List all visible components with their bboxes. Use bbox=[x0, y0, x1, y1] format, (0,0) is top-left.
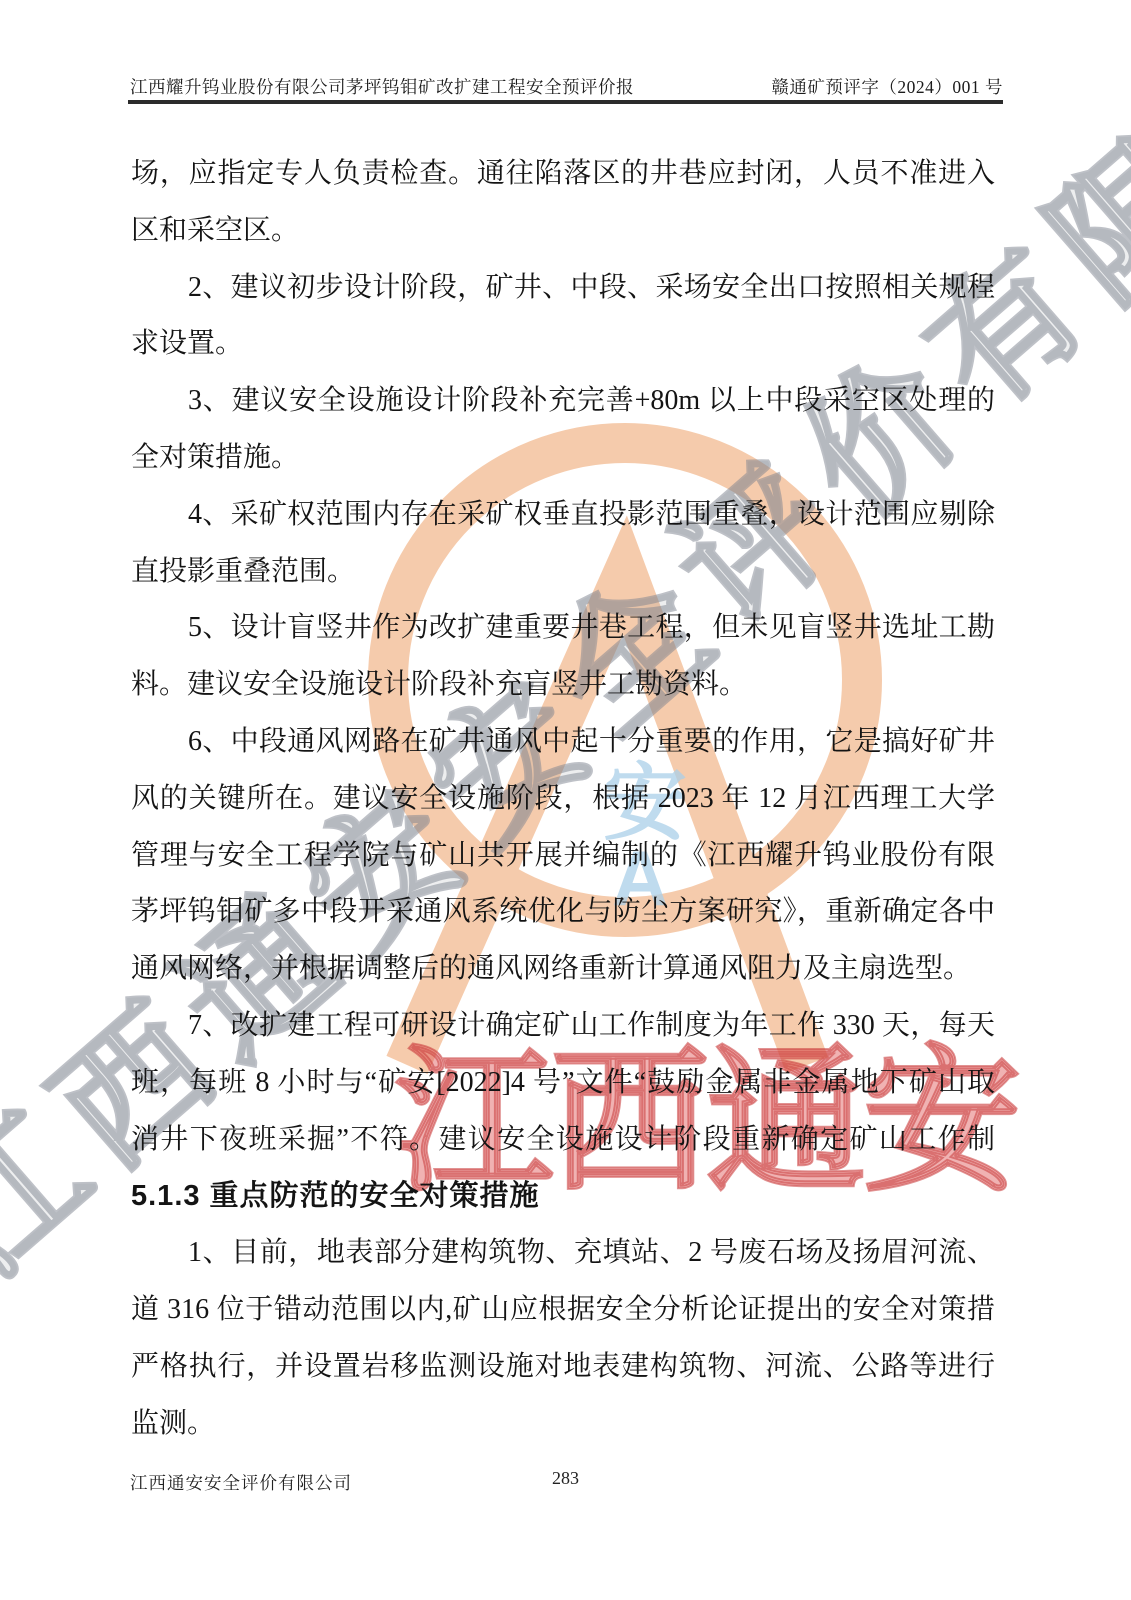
body-text-line: 茅坪钨钼矿多中段开采通风系统优化与防尘方案研究》，重新确定各中段 bbox=[131, 884, 995, 941]
body-text-line: 班，每班 8 小时与“矿安[2022]4 号”文件“鼓励金属非金属地下矿山取 bbox=[131, 1055, 995, 1112]
section-heading: 5.1.3 重点防范的安全对策措施 bbox=[131, 1168, 995, 1225]
body-text-line: 管理与安全工程学院与矿山共开展并编制的《江西耀升钨业股份有限公司 bbox=[131, 828, 995, 885]
body-text-line: 道 316 位于错动范围以内,矿山应根据安全分析论证提出的安全对策措施 bbox=[131, 1282, 995, 1339]
body-text-line: 区和采空区。 bbox=[131, 203, 995, 260]
body-text-line: 监测。 bbox=[131, 1396, 995, 1453]
body-text-line: 1、目前，地表部分建构筑物、充填站、2 号废石场及扬眉河流、省 bbox=[131, 1225, 995, 1282]
body-text-line: 场，应指定专人负责检查。通往陷落区的井巷应封闭，人员不准进入陷落 bbox=[131, 146, 995, 203]
body-text-line: 直投影重叠范围。 bbox=[131, 544, 995, 601]
header-doc-number: 赣通矿预评字（2024）001 号 bbox=[771, 74, 1003, 99]
body-text-line: 4、采矿权范围内存在采矿权垂直投影范围重叠，设计范围应剔除垂 bbox=[131, 487, 995, 544]
document-page: 安 A 江西通安安全评价有限公司 江西通安 江西耀升钨业股份有限公司茅坪钨钼矿改… bbox=[0, 0, 1131, 1600]
header-report-title: 江西耀升钨业股份有限公司茅坪钨钼矿改扩建工程安全预评价报 bbox=[130, 74, 634, 99]
page-number: 283 bbox=[0, 1468, 1131, 1489]
body-text-line: 消井下夜班采掘”不符。建议安全设施设计阶段重新确定矿山工作制度。 bbox=[131, 1112, 995, 1169]
body-text-line: 通风网络，并根据调整后的通风网络重新计算通风阻力及主扇选型。 bbox=[131, 941, 995, 998]
body-text-line: 风的关键所在。建议安全设施阶段，根据 2023 年 12 月江西理工大学应急 bbox=[131, 771, 995, 828]
body-text-line: 严格执行，并设置岩移监测设施对地表建构筑物、河流、公路等进行沉降 bbox=[131, 1339, 995, 1396]
body-text-line: 7、改扩建工程可研设计确定矿山工作制度为年工作 330 天，每天 3 bbox=[131, 998, 995, 1055]
body-text-line: 求设置。 bbox=[131, 316, 995, 373]
body-text-line: 全对策措施。 bbox=[131, 430, 995, 487]
header-divider bbox=[128, 100, 1003, 104]
body-text-line: 5、设计盲竖井作为改扩建重要井巷工程，但未见盲竖井选址工勘资 bbox=[131, 600, 995, 657]
body-text-line: 2、建议初步设计阶段，矿井、中段、采场安全出口按照相关规程要 bbox=[131, 260, 995, 317]
body-text-line: 3、建议安全设施设计阶段补充完善+80m 以上中段采空区处理的安 bbox=[131, 373, 995, 430]
document-body: 场，应指定专人负责检查。通往陷落区的井巷应封闭，人员不准进入陷落区和采空区。2、… bbox=[131, 146, 995, 1452]
body-text-line: 6、中段通风网路在矿井通风中起十分重要的作用，它是搞好矿井通 bbox=[131, 714, 995, 771]
body-text-line: 料。建议安全设施设计阶段补充盲竖井工勘资料。 bbox=[131, 657, 995, 714]
